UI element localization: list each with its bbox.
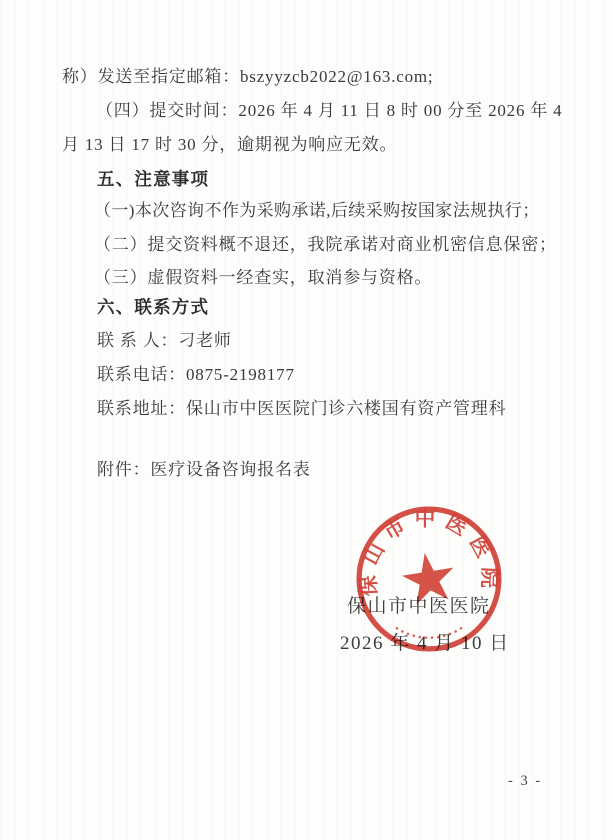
section-6-heading: 六、联系方式 (97, 294, 209, 319)
section-5-item-1: （一)本次咨询不作为采购承诺,后续采购按国家法规执行； (94, 196, 540, 221)
section-5-heading: 五、注意事项 (97, 166, 209, 191)
email-continuation-line: 称）发送至指定邮箱：bszyyzcb2022@163.com; (62, 62, 433, 87)
contact-address-line: 联系地址：保山市中医医院门诊六楼国有资产管理科 (97, 394, 506, 419)
submission-time-line-1: （四）提交时间：2026 年 4 月 11 日 8 时 00 分至 2026 年… (96, 96, 562, 121)
official-seal: 保山市中医医院 (353, 503, 505, 655)
attachment-line: 附件：医疗设备咨询报名表 (97, 455, 311, 480)
section-5-item-3: （三）虚假资料一经查实，取消参与资格。 (94, 263, 432, 288)
document-page: 称）发送至指定邮箱：bszyyzcb2022@163.com; （四）提交时间：… (0, 0, 612, 840)
seal-serial-dots (396, 627, 463, 639)
contact-person-line: 联 系 人：刁老师 (97, 326, 232, 351)
contact-phone-line: 联系电话：0875-2198177 (97, 360, 295, 385)
seal-star-icon (399, 549, 458, 606)
submission-time-line-2: 月 13 日 17 时 30 分，逾期视为响应无效。 (62, 130, 397, 155)
page-number: - 3 - (508, 773, 542, 790)
section-5-item-2: （二）提交资料概不退还，我院承诺对商业机密信息保密； (94, 230, 557, 255)
